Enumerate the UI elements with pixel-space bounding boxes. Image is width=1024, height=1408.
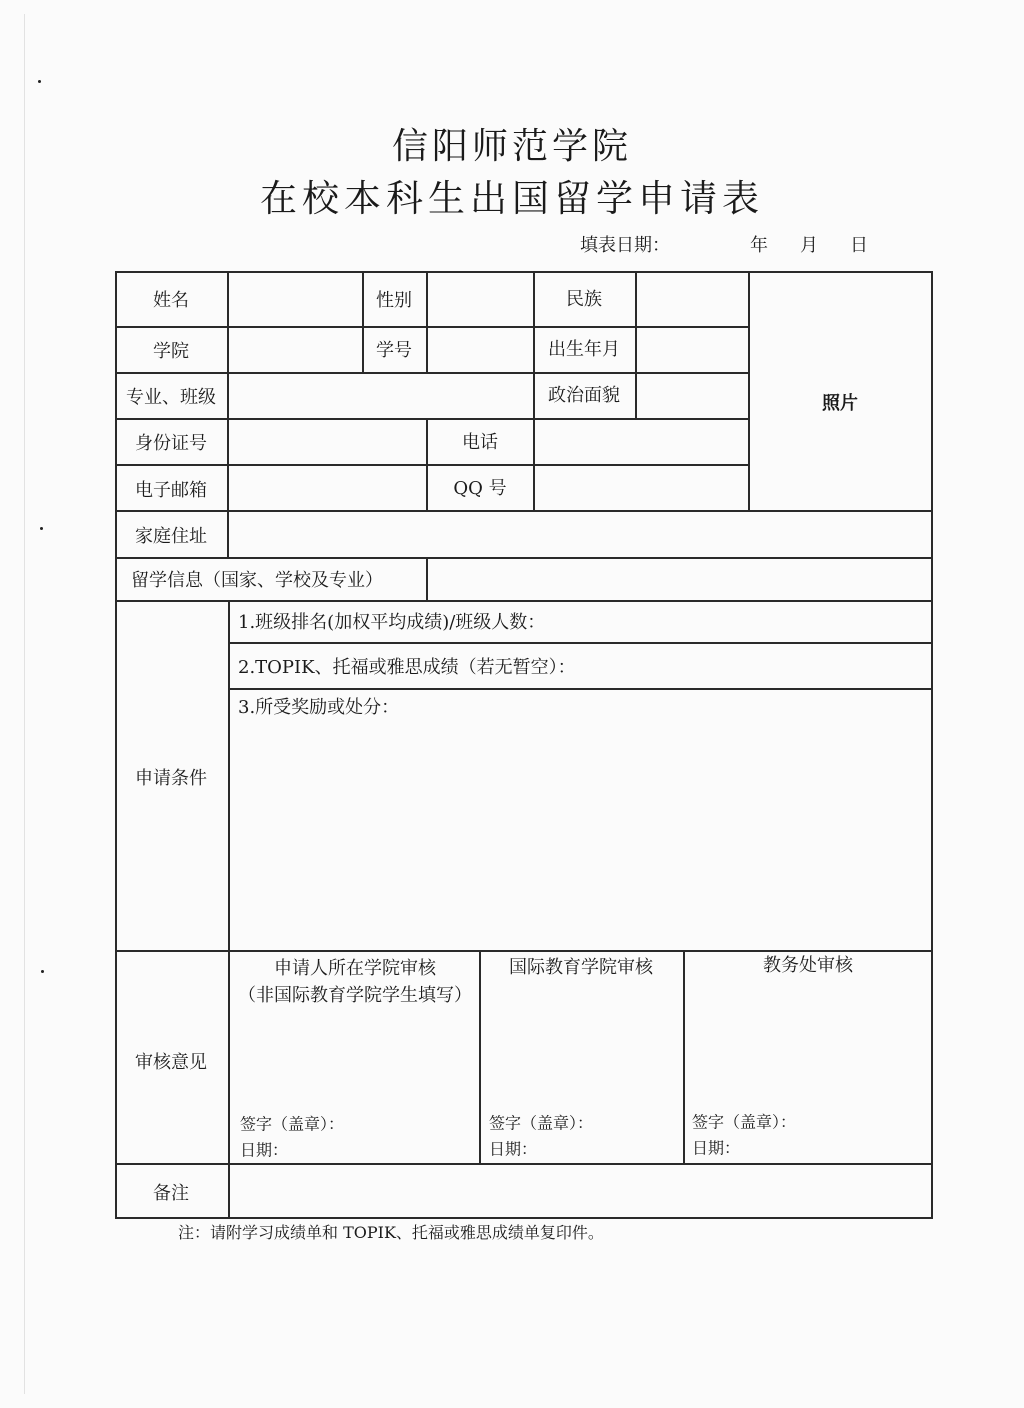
birth-label: 出生年月 [548,335,620,361]
form-title: 在校本科生出国留学申请表 [0,168,1024,222]
scan-speck [38,80,41,83]
row-divider [228,688,932,690]
name-field[interactable] [229,273,361,325]
study-abroad-field[interactable] [428,559,930,599]
footer-note: 注：请附学习成绩单和 TOPIK、托福或雅思成绩单复印件。 [178,1220,604,1243]
scan-speck [41,970,44,973]
email-field[interactable] [229,466,425,509]
table-border [115,271,117,1218]
table-border [115,1217,933,1219]
political-status-label: 政治面貌 [548,381,620,407]
gender-field[interactable] [428,273,532,325]
address-field[interactable] [229,512,930,556]
review-international-date-label: 日期： [489,1137,537,1160]
birth-field[interactable] [637,328,747,371]
review-college-subtitle: （非国际教育学院学生填写） [238,981,472,1007]
condition-class-rank: 1.班级排名(加权平均成绩)/班级人数： [238,608,545,634]
review-college-opinion-field[interactable] [232,1010,476,1110]
college-field[interactable] [229,328,361,371]
student-id-label: 学号 [376,336,412,362]
review-international-sign-label: 签字（盖章）： [489,1111,593,1134]
review-college-title: 申请人所在学院审核 [274,954,436,980]
email-label: 电子邮箱 [135,476,207,502]
scan-speck [40,527,43,530]
qq-label: QQ 号 [453,474,506,500]
awards-field[interactable] [230,720,930,948]
fill-date-year-field[interactable] [672,231,742,253]
col-divider [426,418,428,510]
language-score-field[interactable] [600,644,930,687]
political-status-field[interactable] [637,374,747,417]
month-label: 月 [800,231,818,257]
address-label: 家庭住址 [135,522,207,548]
day-label: 日 [850,231,868,257]
major-class-label: 专业、班级 [126,383,216,409]
gender-label: 性别 [376,286,412,312]
name-label: 姓名 [153,286,189,312]
table-border [931,271,933,1218]
review-international-title: 国际教育学院审核 [509,953,653,979]
ethnicity-field[interactable] [637,273,747,325]
review-academic-affairs-date-label: 日期： [692,1136,740,1159]
review-college-date-label: 日期： [240,1138,288,1161]
ethnicity-label: 民族 [566,285,602,311]
year-label: 年 [750,231,768,257]
qq-field[interactable] [535,466,747,509]
fill-date-label: 填表日期： [580,231,670,257]
remarks-label: 备注 [153,1179,189,1205]
review-academic-affairs-opinion-field[interactable] [686,985,930,1105]
institution-title: 信阳师范学院 [0,118,1024,169]
class-rank-field[interactable] [580,602,930,641]
remarks-field[interactable] [230,1165,930,1216]
review-academic-affairs-title: 教务处审核 [763,951,853,977]
id-number-field[interactable] [229,420,425,463]
review-international-opinion-field[interactable] [482,985,680,1105]
col-divider [362,271,364,372]
major-class-field[interactable] [229,374,532,417]
study-abroad-label: 留学信息（国家、学校及专业） [131,566,383,592]
photo-area[interactable] [750,273,930,509]
phone-field[interactable] [535,420,747,463]
condition-awards: 3.所受奖励或处分： [238,693,399,719]
id-number-label: 身份证号 [135,429,207,455]
conditions-label: 申请条件 [135,764,207,790]
condition-language-score: 2.TOPIK、托福或雅思成绩（若无暂空）： [238,653,576,679]
col-divider [479,950,481,1163]
review-label: 审核意见 [135,1048,207,1074]
review-college-sign-label: 签字（盖章）： [240,1112,344,1135]
student-id-field[interactable] [428,328,532,371]
col-divider [683,950,685,1163]
college-label: 学院 [153,337,189,363]
review-academic-affairs-sign-label: 签字（盖章）： [692,1110,796,1133]
phone-label: 电话 [462,428,498,454]
